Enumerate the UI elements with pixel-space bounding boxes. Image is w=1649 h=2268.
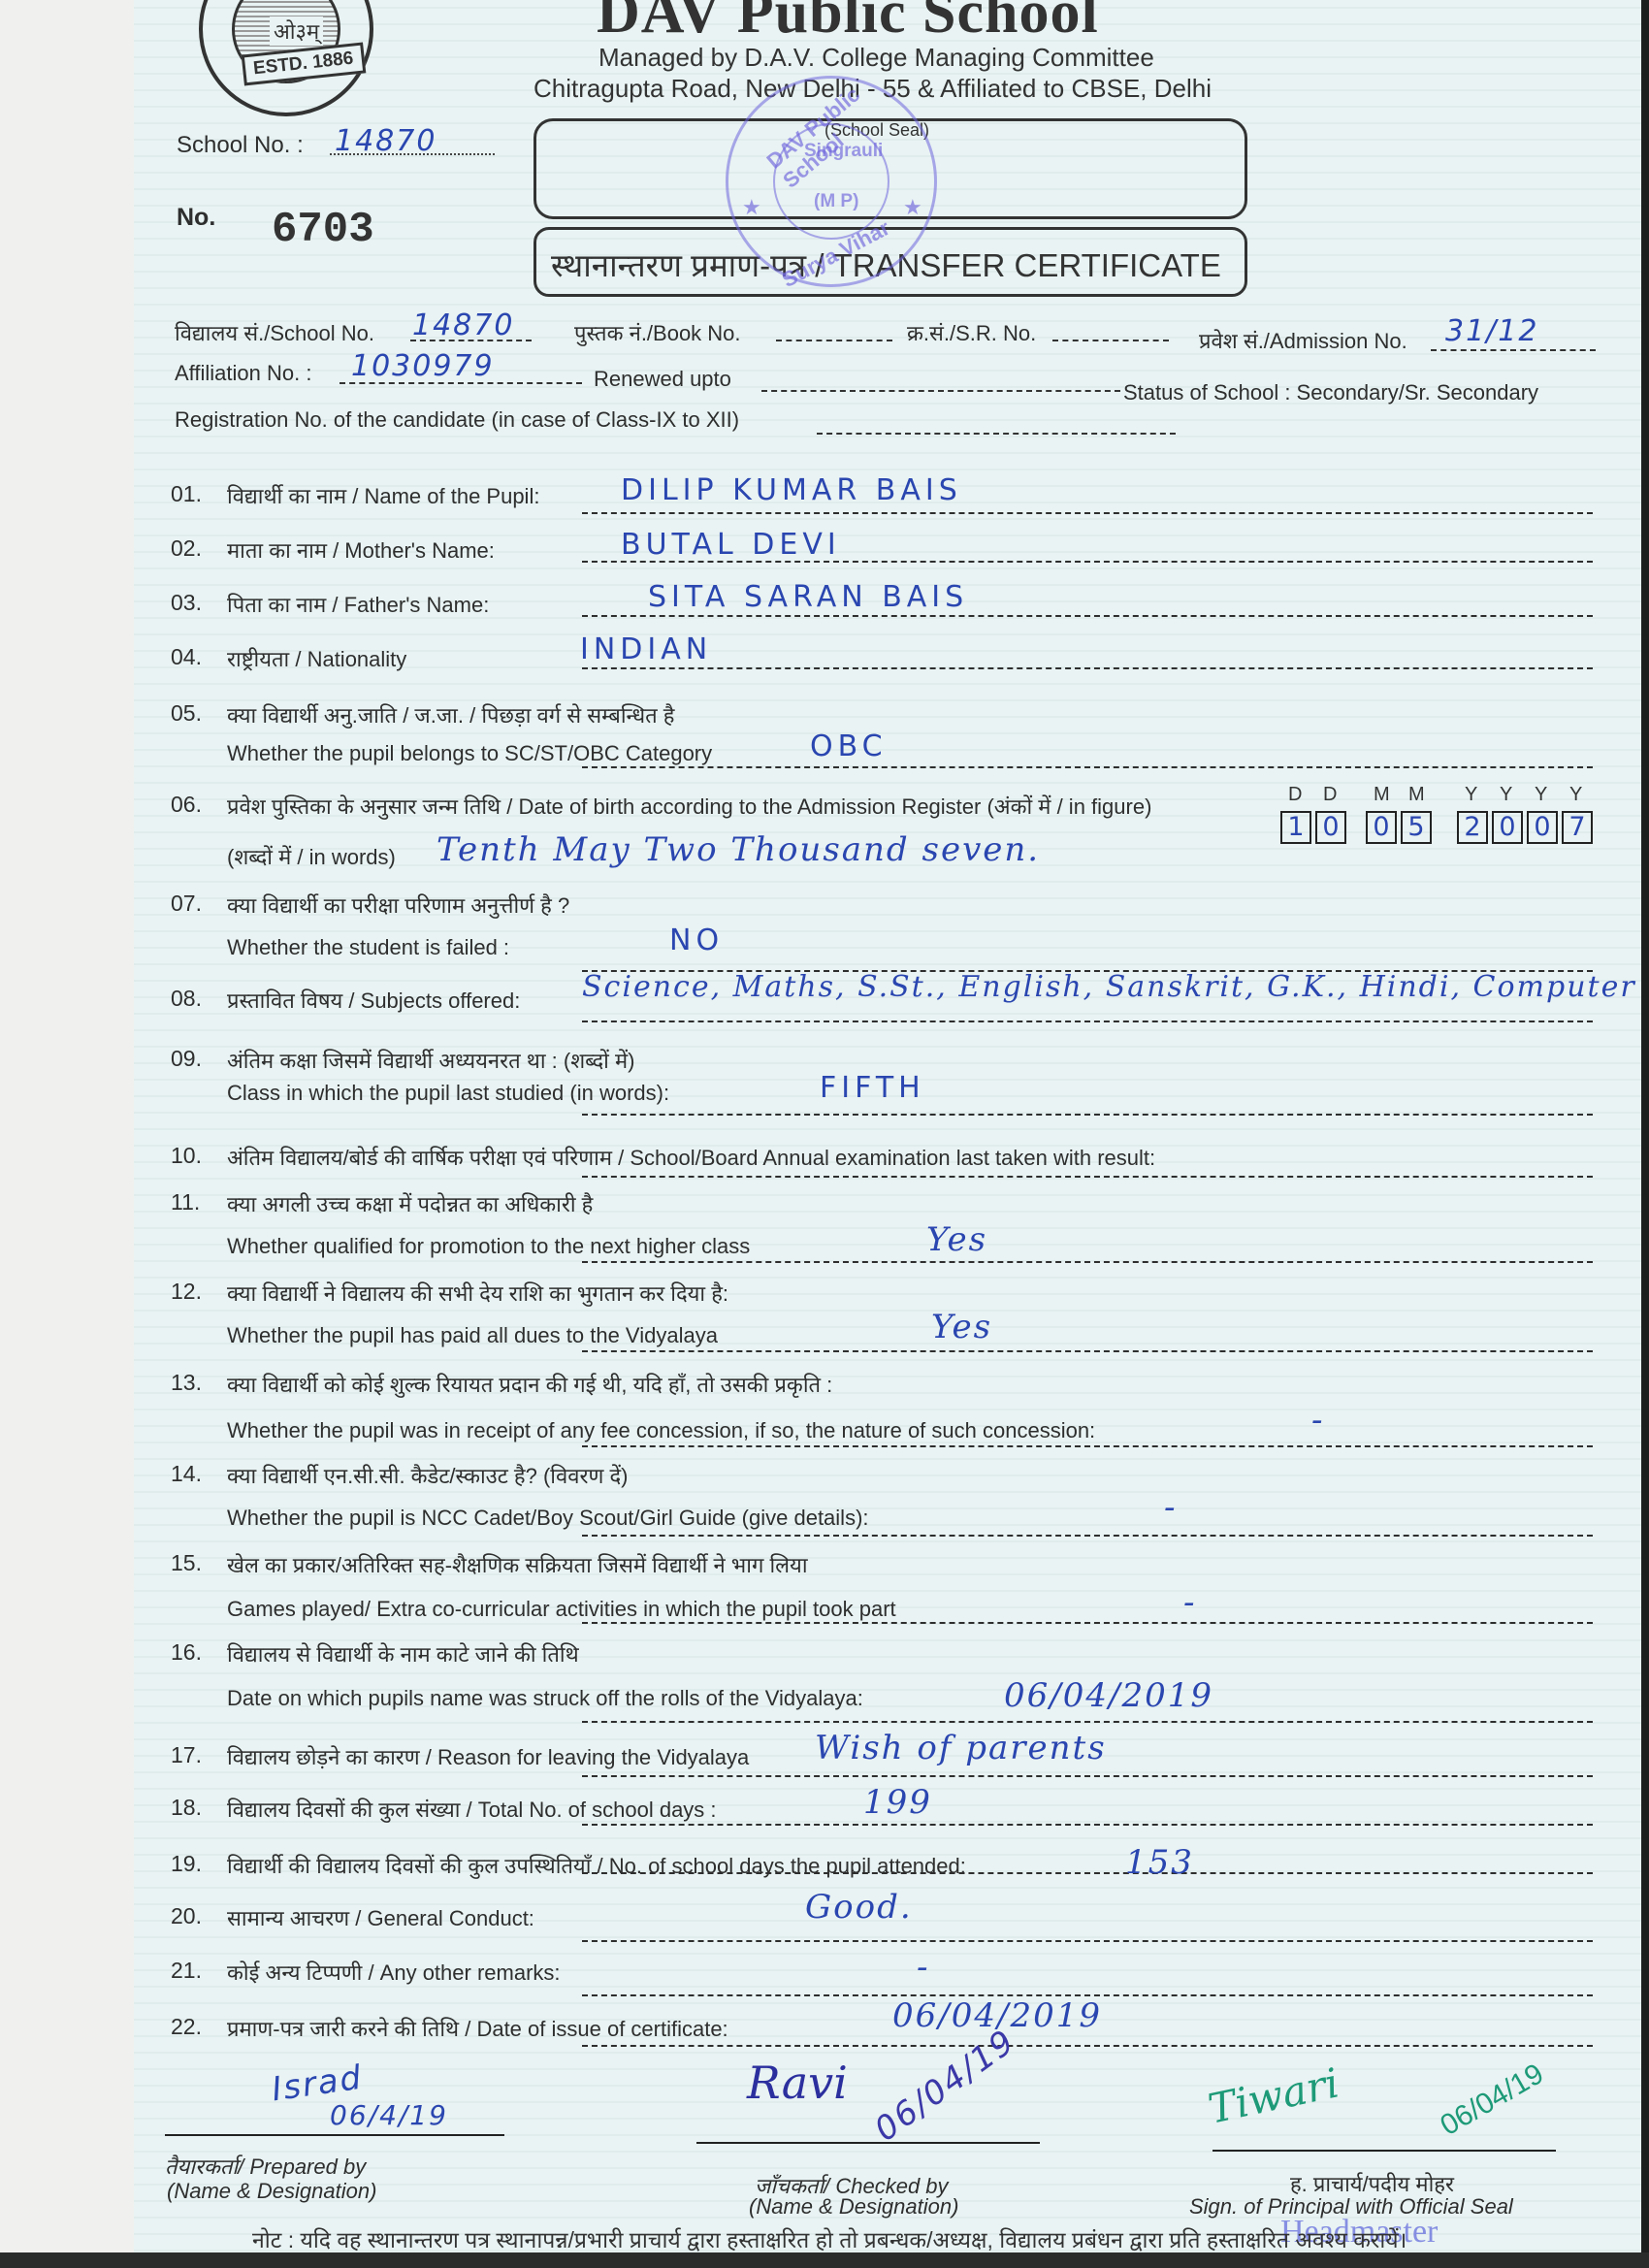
status-of-school: Status of School : Secondary/Sr. Seconda… bbox=[1123, 380, 1538, 405]
item-answer-line[interactable] bbox=[582, 1114, 1593, 1116]
stamp-center-text-2: (M P) bbox=[814, 191, 858, 212]
item-number: 16. bbox=[171, 1639, 202, 1666]
item-label: प्रवेश पुस्तिका के अनुसार जन्म तिथि / Da… bbox=[227, 792, 1151, 821]
item-label-hindi: क्या विद्यार्थी का परीक्षा परिणाम अनुत्त… bbox=[227, 891, 569, 920]
scan-edge-bottom bbox=[0, 2252, 1649, 2268]
dob-box-header: Y bbox=[1569, 784, 1582, 806]
item-value[interactable]: INDIAN bbox=[580, 632, 712, 666]
item-number: 20. bbox=[171, 1903, 202, 1929]
meta-school-no-value[interactable]: 14870 bbox=[412, 308, 514, 342]
item-answer-line[interactable] bbox=[582, 1872, 1593, 1874]
sr-no-label: क्र.सं./S.R. No. bbox=[907, 318, 1036, 347]
item-answer-line[interactable] bbox=[582, 1721, 1593, 1723]
item-number: 22. bbox=[171, 2014, 202, 2040]
item-answer-line[interactable] bbox=[582, 1940, 1593, 1942]
item-label: Class in which the pupil last studied (i… bbox=[227, 1081, 669, 1106]
dob-box-header: Y bbox=[1535, 784, 1547, 806]
dob-digit-box[interactable]: 7 bbox=[1562, 811, 1593, 844]
registration-no-field[interactable] bbox=[817, 433, 1176, 435]
item-label-hindi: अंतिम कक्षा जिसमें विद्यार्थी अध्ययनरत थ… bbox=[227, 1046, 634, 1075]
item-value[interactable]: 06/04/2019 bbox=[1004, 1676, 1213, 1715]
admission-no-label: प्रवेश सं./Admission No. bbox=[1199, 326, 1407, 355]
item-label-hindi: क्या विद्यार्थी को कोई शुल्क रियायत प्रद… bbox=[227, 1370, 832, 1399]
serial-no-label: No. bbox=[177, 204, 215, 232]
item-number: 02. bbox=[171, 535, 202, 562]
affiliation-no-value[interactable]: 1030979 bbox=[351, 349, 495, 383]
item-value[interactable]: Good. bbox=[805, 1888, 913, 1927]
item-number: 05. bbox=[171, 700, 202, 727]
item-answer-line[interactable] bbox=[582, 1824, 1593, 1826]
item-number: 09. bbox=[171, 1046, 202, 1072]
dob-box-header: Y bbox=[1465, 784, 1477, 806]
item-label: विद्यालय दिवसों की कुल संख्या / Total No… bbox=[227, 1795, 717, 1824]
item-number: 15. bbox=[171, 1550, 202, 1576]
dob-box-header: Y bbox=[1500, 784, 1512, 806]
item-answer-line[interactable] bbox=[582, 1622, 1593, 1624]
item-label: Whether the pupil was in receipt of any … bbox=[227, 1418, 1095, 1443]
dob-digit-box[interactable]: 5 bbox=[1401, 811, 1432, 844]
dob-box-header: D bbox=[1288, 784, 1302, 806]
item-number: 03. bbox=[171, 590, 202, 616]
item-label-hindi: खेल का प्रकार/अतिरिक्त सह-शैक्षणिक सक्रि… bbox=[227, 1550, 808, 1579]
item-label-hindi: क्या विद्यार्थी अनु.जाति / ज.जा. / पिछड़… bbox=[227, 700, 674, 729]
item-number: 01. bbox=[171, 481, 202, 507]
dob-box-header: D bbox=[1323, 784, 1337, 806]
dob-words-label: (शब्दों में / in words) bbox=[227, 842, 396, 871]
item-value[interactable]: - bbox=[1311, 1401, 1325, 1440]
book-no-label: पुस्तक नं./Book No. bbox=[574, 318, 741, 347]
item-label: Whether qualified for promotion to the n… bbox=[227, 1234, 750, 1259]
item-label-hindi: क्या अगली उच्च कक्षा में पदोन्नत का अधिक… bbox=[227, 1189, 593, 1218]
item-label: प्रमाण-पत्र जारी करने की तिथि / Date of … bbox=[227, 2014, 728, 2043]
item-label-hindi: क्या विद्यार्थी ने विद्यालय की सभी देय र… bbox=[227, 1279, 728, 1308]
checked-by-designation: (Name & Designation) bbox=[749, 2194, 958, 2219]
dob-digit-box[interactable]: 0 bbox=[1527, 811, 1558, 844]
stamp-star-icon: ★ bbox=[742, 195, 761, 220]
item-value[interactable]: FIFTH bbox=[820, 1071, 925, 1105]
checked-sign-line bbox=[696, 2142, 1040, 2144]
item-label: Games played/ Extra co-curricular activi… bbox=[227, 1597, 896, 1622]
item-number: 08. bbox=[171, 986, 202, 1012]
item-value[interactable]: DILIP KUMAR BAIS bbox=[621, 473, 962, 507]
item-answer-line[interactable] bbox=[582, 1261, 1593, 1263]
item-answer-line[interactable] bbox=[582, 667, 1593, 669]
item-number: 10. bbox=[171, 1143, 202, 1169]
checked-signature: Ravi bbox=[747, 2057, 848, 2109]
item-label: कोई अन्य टिप्पणी / Any other remarks: bbox=[227, 1958, 561, 1987]
dob-digit-box[interactable]: 2 bbox=[1457, 811, 1488, 844]
item-value[interactable]: Yes bbox=[931, 1308, 992, 1346]
prepared-sign-date: 06/4/19 bbox=[330, 2099, 448, 2131]
item-label: माता का नाम / Mother's Name: bbox=[227, 535, 495, 565]
item-number: 11. bbox=[171, 1189, 200, 1215]
principal-sign-line bbox=[1212, 2150, 1556, 2152]
footer-note: नोट : यदि वह स्थानान्तरण पत्र स्थानापन्न… bbox=[252, 2223, 1406, 2254]
dob-box-header: M bbox=[1374, 784, 1390, 806]
item-value[interactable]: SITA SARAN BAIS bbox=[648, 580, 968, 614]
item-number: 14. bbox=[171, 1461, 202, 1487]
item-value[interactable]: NO bbox=[669, 923, 724, 957]
serial-no-value: 6703 bbox=[272, 206, 374, 254]
item-number: 21. bbox=[171, 1958, 202, 1984]
item-number: 07. bbox=[171, 891, 202, 917]
dob-digit-box[interactable]: 0 bbox=[1366, 811, 1397, 844]
item-value[interactable]: - bbox=[917, 1948, 930, 1987]
item-label: पिता का नाम / Father's Name: bbox=[227, 590, 489, 619]
item-label: विद्यालय छोड़ने का कारण / Reason for lea… bbox=[227, 1742, 749, 1771]
item-label: सामान्य आचरण / General Conduct: bbox=[227, 1903, 534, 1932]
renewed-upto-field[interactable] bbox=[761, 390, 1120, 392]
stamp-star-icon: ★ bbox=[903, 195, 922, 220]
item-value[interactable]: BUTAL DEVI bbox=[621, 528, 841, 562]
item-answer-line[interactable] bbox=[582, 615, 1593, 617]
dob-words-value[interactable]: Tenth May Two Thousand seven. bbox=[436, 830, 1040, 869]
admission-no-value[interactable]: 31/12 bbox=[1445, 314, 1538, 348]
school-no-label: School No. : bbox=[177, 132, 304, 159]
dob-box-header: M bbox=[1408, 784, 1425, 806]
admission-no-line bbox=[1431, 349, 1596, 351]
scanner-margin bbox=[0, 0, 134, 2268]
item-label: Whether the pupil belongs to SC/ST/OBC C… bbox=[227, 741, 712, 766]
item-label: Whether the pupil is NCC Cadet/Boy Scout… bbox=[227, 1506, 869, 1531]
item-label: प्रस्तावित विषय / Subjects offered: bbox=[227, 986, 520, 1015]
registration-no-label: Registration No. of the candidate (in ca… bbox=[175, 407, 739, 433]
scan-edge-right bbox=[1641, 0, 1649, 2268]
school-no-value: 14870 bbox=[335, 124, 436, 158]
item-number: 19. bbox=[171, 1851, 202, 1877]
item-value[interactable]: OBC bbox=[810, 729, 888, 763]
item-value[interactable]: 199 bbox=[863, 1783, 932, 1822]
book-no-field[interactable] bbox=[776, 340, 892, 341]
dob-digit-box[interactable]: 0 bbox=[1315, 811, 1346, 844]
prepared-sign-line bbox=[165, 2134, 504, 2136]
item-number: 04. bbox=[171, 644, 202, 670]
item-number: 13. bbox=[171, 1370, 202, 1396]
item-value[interactable]: - bbox=[1164, 1488, 1178, 1527]
item-label-hindi: क्या विद्यार्थी एन.सी.सी. कैडेट/स्काउट ह… bbox=[227, 1461, 628, 1490]
renewed-upto-label: Renewed upto bbox=[594, 367, 731, 392]
item-number: 17. bbox=[171, 1742, 202, 1768]
item-number: 06. bbox=[171, 792, 202, 818]
prepared-by-label: तैयारकर्ता/ Prepared by bbox=[165, 2152, 366, 2181]
item-label: अंतिम विद्यालय/बोर्ड की वार्षिक परीक्षा … bbox=[227, 1143, 1155, 1172]
prepared-by-designation: (Name & Designation) bbox=[167, 2179, 376, 2204]
item-answer-line[interactable] bbox=[582, 1350, 1593, 1352]
item-value[interactable]: Yes bbox=[926, 1220, 987, 1259]
item-answer-line[interactable] bbox=[582, 766, 1593, 768]
school-name: DAV Public School bbox=[597, 0, 1099, 48]
school-round-stamp: DAV Public School Singrauli (M P) Surya … bbox=[726, 76, 937, 287]
meta-school-no-label: विद्यालय सं./School No. bbox=[175, 318, 374, 347]
item-label: Date on which pupils name was struck off… bbox=[227, 1686, 863, 1711]
dob-digit-box[interactable]: 0 bbox=[1492, 811, 1523, 844]
item-answer-line[interactable] bbox=[582, 1176, 1593, 1178]
item-answer-line[interactable] bbox=[582, 1445, 1593, 1447]
item-value[interactable]: - bbox=[1183, 1583, 1197, 1622]
affiliation-no-label: Affiliation No. : bbox=[175, 361, 311, 386]
item-value[interactable]: 153 bbox=[1125, 1843, 1194, 1882]
dob-digit-box[interactable]: 1 bbox=[1280, 811, 1311, 844]
item-value[interactable]: Wish of parents bbox=[815, 1729, 1107, 1767]
item-answer-line[interactable] bbox=[582, 1535, 1593, 1537]
stamp-center-text: Singrauli bbox=[804, 141, 883, 162]
item-answer-line[interactable] bbox=[582, 2045, 1593, 2047]
item-label: Whether the student is failed : bbox=[227, 935, 509, 960]
sr-no-field[interactable] bbox=[1052, 340, 1169, 341]
item-label: Whether the pupil has paid all dues to t… bbox=[227, 1323, 718, 1348]
item-answer-line[interactable] bbox=[582, 1775, 1593, 1777]
item-number: 12. bbox=[171, 1279, 202, 1305]
item-label: राष्ट्रीयता / Nationality bbox=[227, 644, 406, 673]
item-label: विद्यार्थी की विद्यालय दिवसों की कुल उपस… bbox=[227, 1851, 966, 1880]
item-label: विद्यार्थी का नाम / Name of the Pupil: bbox=[227, 481, 539, 510]
item-number: 18. bbox=[171, 1795, 202, 1821]
item-answer-line[interactable] bbox=[582, 1021, 1593, 1022]
item-answer-line[interactable] bbox=[582, 512, 1593, 514]
item-label-hindi: विद्यालय से विद्यार्थी के नाम काटे जाने … bbox=[227, 1639, 579, 1669]
logo-om-text: ओ३म् bbox=[270, 16, 323, 46]
item-value[interactable]: Science, Maths, S.St., English, Sanskrit… bbox=[582, 970, 1636, 1004]
